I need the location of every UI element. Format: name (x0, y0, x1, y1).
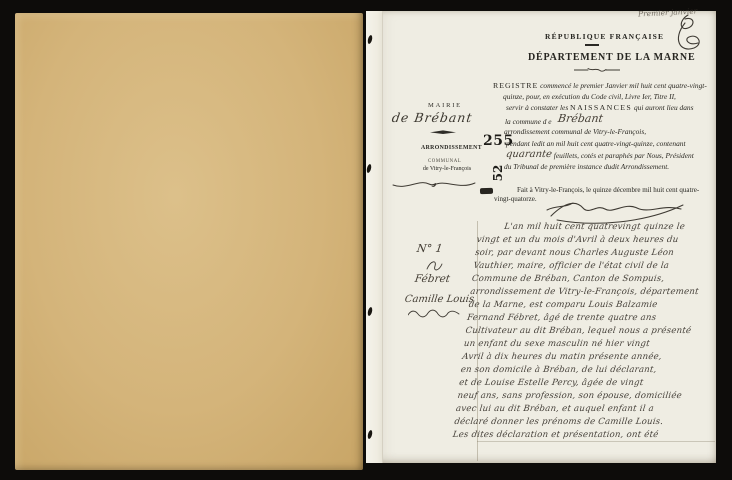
registre-line-5: arrondissement communal de Vitry-le-Fran… (504, 127, 646, 136)
act-line: L'an mil huit cent quatrevingt quinze le (477, 221, 715, 234)
page-edge-strip (366, 11, 383, 463)
act-line: Cultivateur au dit Bréban, lequel nous a… (465, 325, 703, 338)
act-line: et de Louise Estelle Percy, âgée de ving… (458, 377, 696, 390)
registre-word: REGISTRE (493, 81, 538, 90)
act-line: neuf ans, sans profession, son épouse, d… (457, 390, 695, 403)
mairie-label: MAIRIE (424, 102, 466, 109)
registre-line-4: la commune d e Brébant (505, 114, 603, 127)
act-line: Les dites déclaration et présentation, o… (452, 429, 690, 442)
department-title: DÉPARTEMENT DE LA MARNE (528, 52, 666, 63)
folio-number-stamp: 52 (491, 163, 503, 183)
registre-line-7-printed: feuillets, cotés et paraphés par Nous, P… (552, 151, 694, 160)
act-line: Fernand Fébret, âgé de trente quatre ans (466, 312, 704, 325)
act-line: un enfant du sexe masculin né hier vingt (463, 338, 701, 351)
act-given-names: Camille Louis (404, 294, 475, 305)
registre-line-6: pendant ledit an mil huit cent quatre-vi… (506, 139, 686, 148)
mairie-commune-handwritten: de Brébant (391, 110, 474, 125)
feuillets-count-handwritten: quarante (505, 149, 552, 160)
arrondissement-name: de Vitry-le-François (418, 166, 476, 172)
arrondissement-label: ARRONDISSEMENT (421, 145, 467, 151)
left-blank-page (15, 13, 363, 470)
name-underline-icon (408, 309, 460, 318)
registre-line-4-printed: la commune d e (505, 117, 552, 126)
naissances-word: NAISSANCES (570, 103, 632, 112)
header-ornament-icon (574, 66, 620, 74)
margin-swash-flourish-icon (391, 176, 477, 191)
registre-line-3-post: qui auront lieu dans (632, 103, 693, 112)
registre-line-1-text: commencé le premier Janvier mil huit cen… (538, 81, 707, 90)
commune-name-handwritten: Brébant (558, 112, 605, 125)
act-line: déclaré donner les prénoms de Camille Lo… (453, 416, 691, 429)
ink-smudge-icon (480, 188, 493, 194)
act-line: soir, par devant nous Charles Auguste Lé… (474, 247, 712, 260)
republic-title: RÉPUBLIQUE FRANÇAISE (545, 32, 649, 41)
act-line: avec lui au dit Bréban, et auquel enfant… (455, 403, 693, 416)
attestation-line-1: Fait à Vitry-le-François, le quinze déce… (517, 186, 699, 194)
registre-line-1: REGISTRE commencé le premier Janvier mil… (493, 81, 707, 90)
margin-paraph-icon (424, 258, 444, 273)
act-line: Commune de Bréban, Canton de Sompuis, (471, 273, 709, 286)
act-line: arrondissement de Vitry-le-François, dép… (469, 286, 707, 299)
scanned-register-spread: Premier janvier RÉPUBLIQUE FRANÇAISE DÉP… (0, 0, 732, 480)
registre-line-8: du Tribunal de première instance dudit A… (504, 162, 669, 171)
registre-line-7: quarante feuillets, cotés et paraphés pa… (506, 150, 694, 161)
act-line: Vauthier, maire, officier de l'état civi… (473, 260, 711, 273)
act-line: vingt et un du mois d'Avril à deux heure… (476, 234, 714, 247)
act-surname: Fébret (414, 273, 451, 285)
act-body: L'an mil huit cent quatrevingt quinze le… (452, 221, 715, 442)
act-line: de la Marne, est comparu Louis Balzamie (468, 299, 706, 312)
communal-label: COMMUNAL (428, 159, 460, 164)
attestation-line-2: vingt-quatorze. (494, 195, 537, 203)
act-number: N° 1 (416, 242, 443, 255)
act-line: en son domicile à Bréban, de lui déclara… (460, 364, 698, 377)
act-line: Avril à dix heures du matin présente ann… (461, 351, 699, 364)
header-rule-icon (585, 44, 599, 46)
registre-line-3-pre: servir à constater les (506, 103, 570, 112)
registre-line-3: servir à constater les NAISSANCES qui au… (506, 103, 693, 112)
diamond-rule-icon (430, 130, 456, 135)
registre-line-2: quinze, pour, en exécution du Code civil… (503, 92, 676, 101)
